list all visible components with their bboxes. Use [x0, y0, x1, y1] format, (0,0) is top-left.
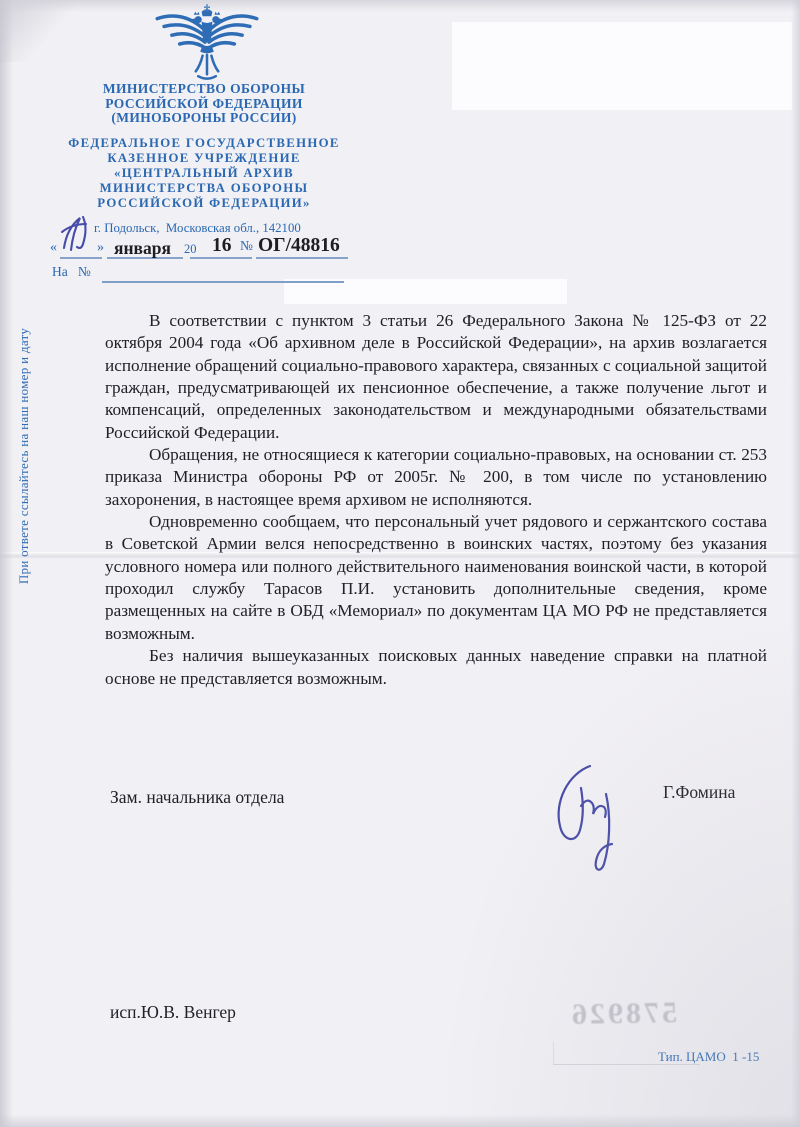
letter-body: В соответствии с пунктом 3 статьи 26 Фед… [105, 310, 767, 690]
whiteout-box-top-right [452, 22, 792, 110]
ministry-line: РОССИЙСКОЙ ФЕДЕРАЦИИ [68, 97, 340, 112]
executor-line: исп.Ю.В. Венгер [110, 1002, 236, 1023]
scanned-letter-page: МИНИСТЕРСТВО ОБОРОНЫ РОССИЙСКОЙ ФЕДЕРАЦИ… [0, 0, 800, 1127]
body-paragraph: Одновременно сообщаем, что персональный … [105, 511, 767, 645]
form-underline [256, 257, 348, 259]
margin-note-vertical: При ответе ссылайтесь на наш номер и дат… [16, 300, 34, 612]
reference-underline [102, 281, 344, 283]
body-paragraph: В соответствии с пунктом 3 статьи 26 Фед… [105, 310, 767, 444]
body-paragraph: Без наличия вышеуказанных поисковых данн… [105, 645, 767, 690]
signer-name: Г.Фомина [663, 782, 735, 803]
page-corner-fold [0, 0, 95, 62]
org-address: г. Подольск, Московская обл., 142100 [94, 221, 301, 236]
ministry-line: МИНИСТЕРСТВО ОБОРОНЫ [68, 82, 340, 97]
body-paragraph: Обращения, не относящиеся к категории со… [105, 444, 767, 511]
year-typed: 16 [212, 235, 232, 257]
doc-number-typed: ОГ/48816 [258, 235, 340, 257]
handwritten-day-mark [56, 212, 100, 258]
mod-eagle-emblem-icon [148, 4, 266, 84]
bleed-through-stamp-number: 578926 [548, 996, 699, 1033]
ministry-name-block: МИНИСТЕРСТВО ОБОРОНЫ РОССИЙСКОЙ ФЕДЕРАЦИ… [68, 82, 340, 126]
month-typed: января [114, 238, 171, 259]
year-prefix-printed: 20 [184, 242, 197, 257]
handwritten-signature [548, 758, 644, 878]
institution-line: МИНИСТЕРСТВА ОБОРОНЫ [48, 181, 360, 196]
signer-position-title: Зам. начальника отдела [110, 787, 284, 808]
form-underline [190, 257, 252, 259]
institution-name-block: ФЕДЕРАЛЬНОЕ ГОСУДАРСТВЕННОЕ КАЗЕННОЕ УЧР… [48, 136, 360, 211]
print-shop-code: Тип. ЦАМО 1 -15 [658, 1049, 759, 1065]
reference-label: На № [52, 264, 91, 280]
institution-line: «ЦЕНТРАЛЬНЫЙ АРХИВ [48, 166, 360, 181]
ministry-line: (МИНОБОРОНЫ РОССИИ) [68, 111, 340, 126]
institution-line: КАЗЕННОЕ УЧРЕЖДЕНИЕ [48, 151, 360, 166]
institution-line: ФЕДЕРАЛЬНОЕ ГОСУДАРСТВЕННОЕ [48, 136, 360, 151]
whiteout-box-reference [284, 279, 567, 304]
institution-line: РОССИЙСКОЙ ФЕДЕРАЦИИ» [48, 196, 360, 211]
number-sign-printed: № [240, 238, 253, 254]
